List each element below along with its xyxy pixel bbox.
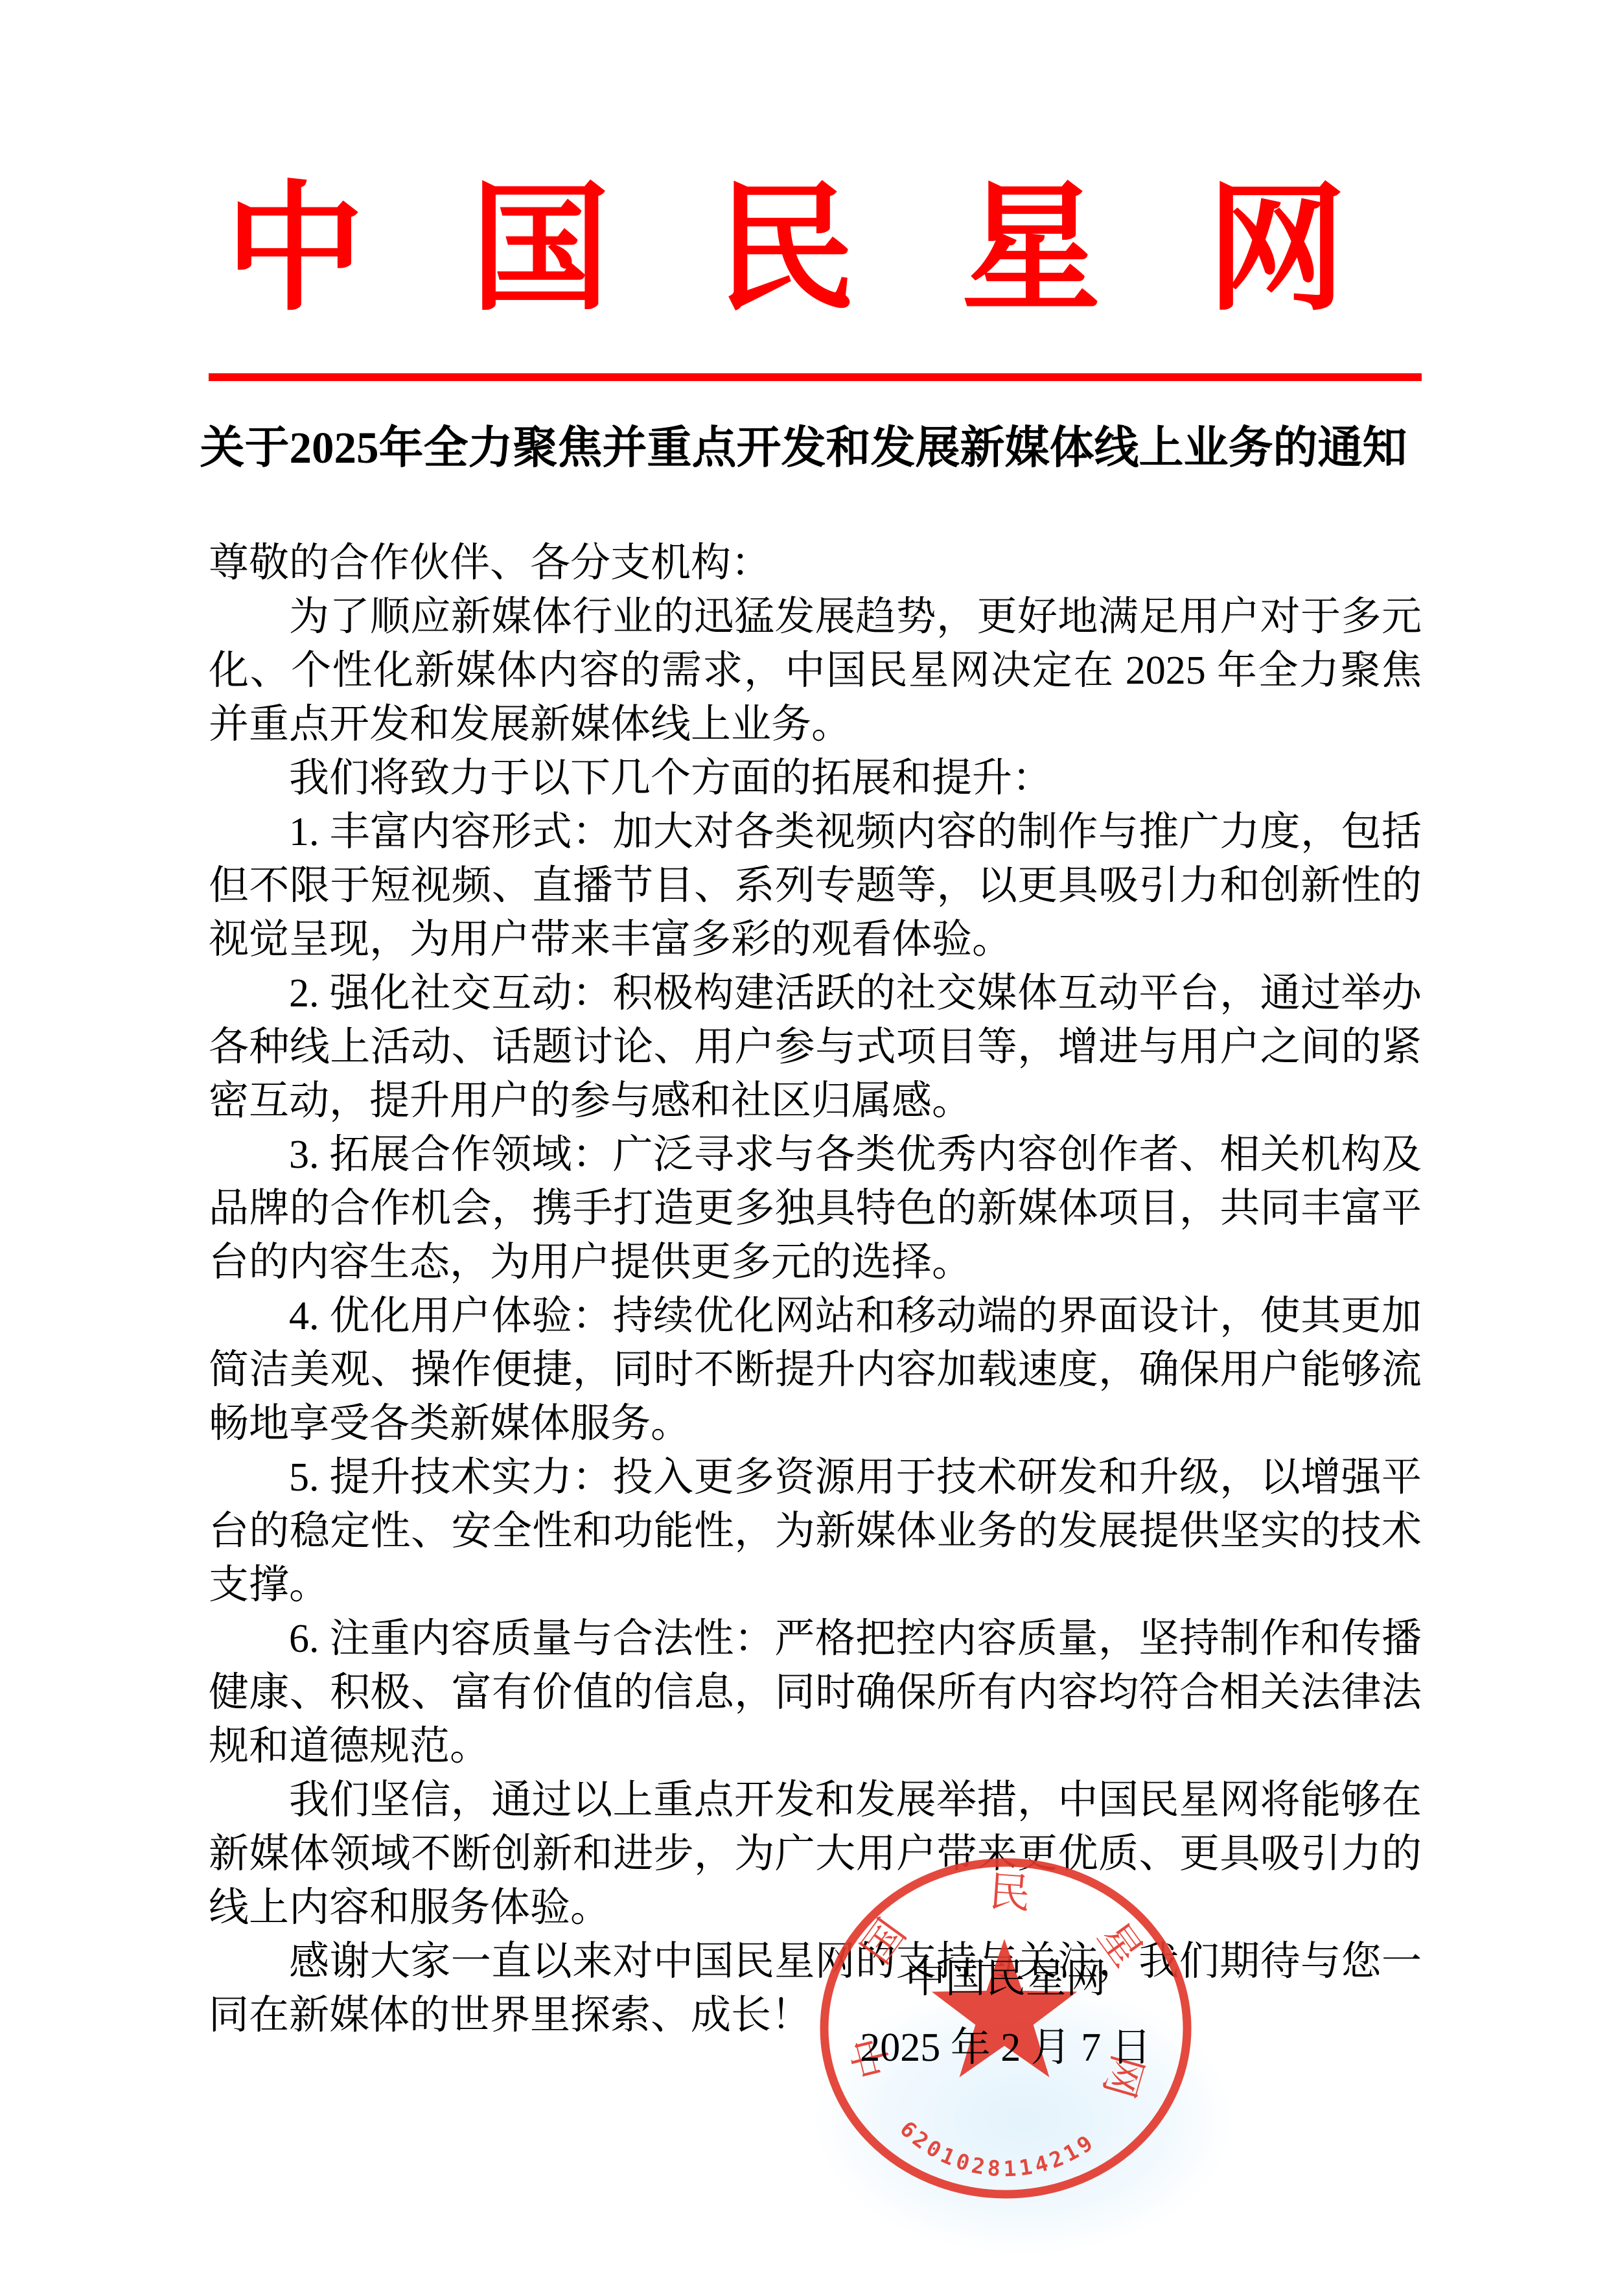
letterhead-rule bbox=[209, 373, 1422, 381]
body-paragraph: 尊敬的合作伙伴、各分支机构： bbox=[209, 537, 1422, 590]
body-paragraph: 2. 强化社交互动：积极构建活跃的社交媒体互动平台，通过举办各种线上活动、话题讨… bbox=[209, 967, 1422, 1128]
body-paragraph: 3. 拓展合作领域：广泛寻求与各类优秀内容创作者、相关机构及品牌的合作机会，携手… bbox=[209, 1128, 1422, 1290]
signature-date: 2025 年 2 月 7 日 bbox=[682, 2027, 1330, 2069]
body-paragraph: 我们将致力于以下几个方面的拓展和提升： bbox=[209, 752, 1422, 806]
body-paragraph: 1. 丰富内容形式：加大对各类视频内容的制作与推广力度，包括但不限于短视频、直播… bbox=[209, 806, 1422, 967]
body-paragraph: 为了顺应新媒体行业的迅猛发展趋势，更好地满足用户对于多元化、个性化新媒体内容的需… bbox=[209, 590, 1422, 752]
body-paragraphs: 尊敬的合作伙伴、各分支机构：为了顺应新媒体行业的迅猛发展趋势，更好地满足用户对于… bbox=[209, 537, 1422, 2043]
seal-ring-char-min: 民 bbox=[988, 1868, 1032, 1917]
signature-org-name: 中国民星网 bbox=[682, 1958, 1330, 2000]
body-paragraph: 4. 优化用户体验：持续优化网站和移动端的界面设计，使其更加简洁美观、操作便捷，… bbox=[209, 1290, 1422, 1451]
body-paragraph: 6. 注重内容质量与合法性：严格把控内容质量，坚持制作和传播健康、积极、富有价值… bbox=[209, 1612, 1422, 1774]
letterhead-brand: 中 国 民 星 网 bbox=[0, 174, 1607, 327]
notice-page: 中 国 民 星 网 关于2025年全力聚焦并重点开发和发展新媒体线上业务的通知 … bbox=[0, 0, 1607, 2296]
signature-block: 中国民星网 2025 年 2 月 7 日 bbox=[682, 1958, 1330, 2069]
body-paragraph: 5. 提升技术实力：投入更多资源用于技术研发和升级，以增强平台的稳定性、安全性和… bbox=[209, 1451, 1422, 1612]
notice-title: 关于2025年全力聚焦并重点开发和发展新媒体线上业务的通知 bbox=[0, 423, 1607, 474]
